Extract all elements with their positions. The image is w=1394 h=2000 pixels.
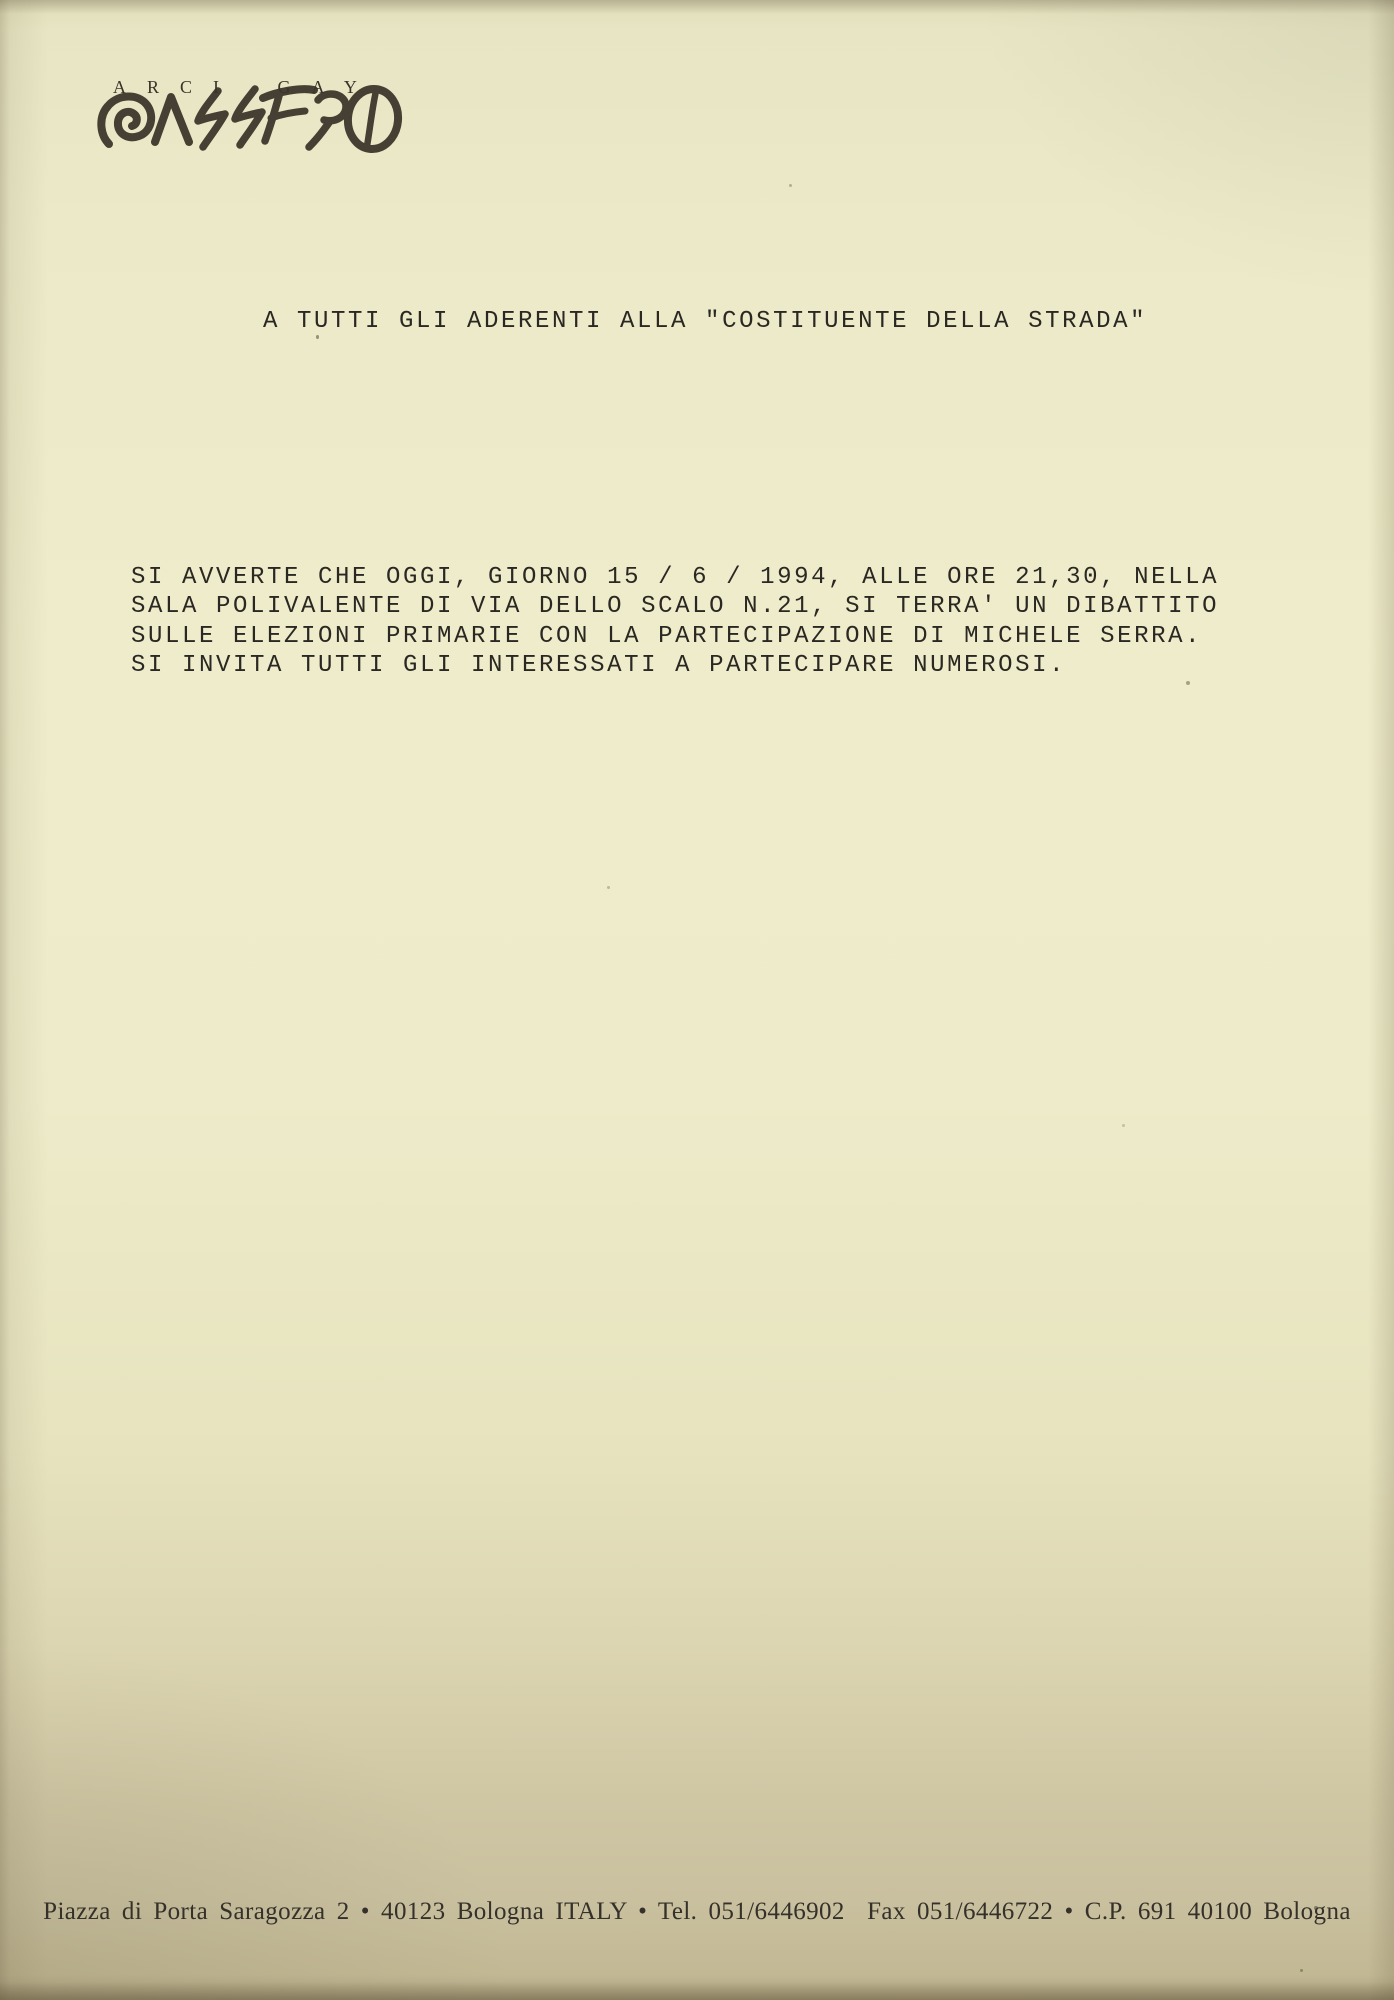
paper-speck <box>789 184 792 187</box>
paper-corner-shade <box>974 0 1394 300</box>
paper-edge-shadow-right <box>1368 0 1394 2000</box>
scanned-letter-page: ARCI GAY A TUTTI GLI ADERENTI ALLA "COST… <box>0 0 1394 2000</box>
salutation-line: A TUTTI GLI ADERENTI ALLA "COSTITUENTE D… <box>263 307 1147 337</box>
cassero-wordmark-logo <box>95 85 405 153</box>
paper-speck <box>1122 1124 1125 1127</box>
letterhead-logo: ARCI GAY <box>95 70 415 160</box>
paper-speck <box>1186 681 1190 685</box>
paper-speck <box>607 886 610 889</box>
paper-edge-shadow-top <box>0 0 1394 14</box>
paper-speck <box>1300 1969 1303 1972</box>
body-line-2: SALA POLIVALENTE DI VIA DELLO SCALO N.21… <box>131 592 1219 621</box>
letter-body: SI AVVERTE CHE OGGI, GIORNO 15 / 6 / 199… <box>131 563 1219 681</box>
paper-corner-shade <box>0 1640 520 2000</box>
paper-edge-shadow-left <box>0 0 48 2000</box>
paper-edge-shadow-bottom <box>0 1982 1394 2000</box>
letterhead-footer-address: Piazza di Porta Saragozza 2 • 40123 Bolo… <box>0 1898 1394 1926</box>
body-line-1: SI AVVERTE CHE OGGI, GIORNO 15 / 6 / 199… <box>131 563 1219 592</box>
body-line-4: SI INVITA TUTTI GLI INTERESSATI A PARTEC… <box>131 651 1219 680</box>
body-line-3: SULLE ELEZIONI PRIMARIE CON LA PARTECIPA… <box>131 622 1219 651</box>
